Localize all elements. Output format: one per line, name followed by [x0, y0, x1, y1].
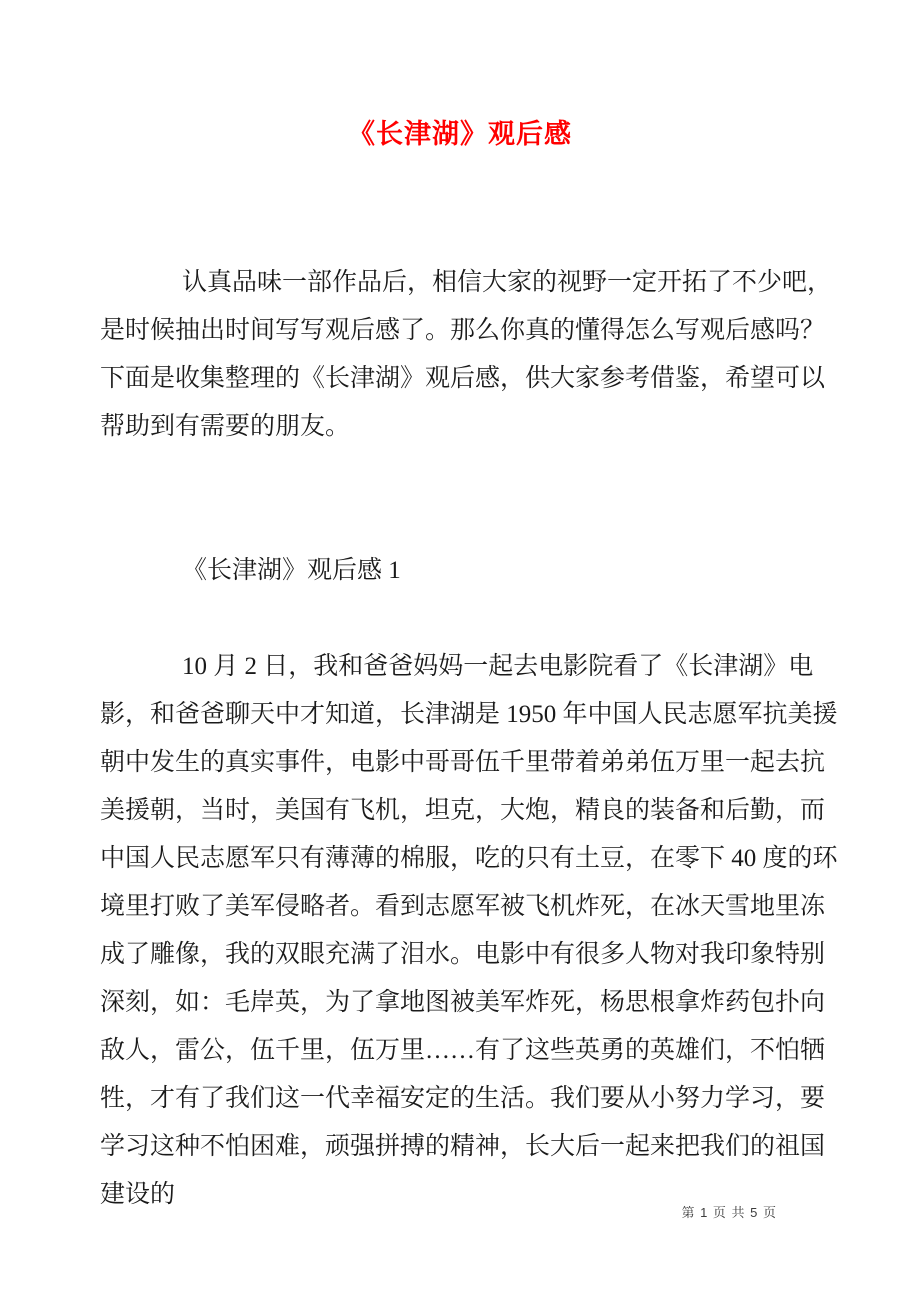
page-number-label: 第 1 页 共 5 页	[681, 1204, 777, 1222]
body-paragraph: 10 月 2 日，我和爸爸妈妈一起去电影院看了《长津湖》电影，和爸爸聊天中才知道…	[100, 643, 840, 1219]
document-page: 《长津湖》观后感 认真品味一部作品后，相信大家的视野一定开拓了不少吧，是时候抽出…	[0, 0, 920, 1302]
section-heading: 《长津湖》观后感 1	[100, 547, 840, 595]
intro-paragraph: 认真品味一部作品后，相信大家的视野一定开拓了不少吧，是时候抽出时间写写观后感了。…	[100, 259, 840, 451]
document-body: 认真品味一部作品后，相信大家的视野一定开拓了不少吧，是时候抽出时间写写观后感了。…	[100, 259, 840, 1219]
document-title: 《长津湖》观后感	[0, 110, 920, 158]
